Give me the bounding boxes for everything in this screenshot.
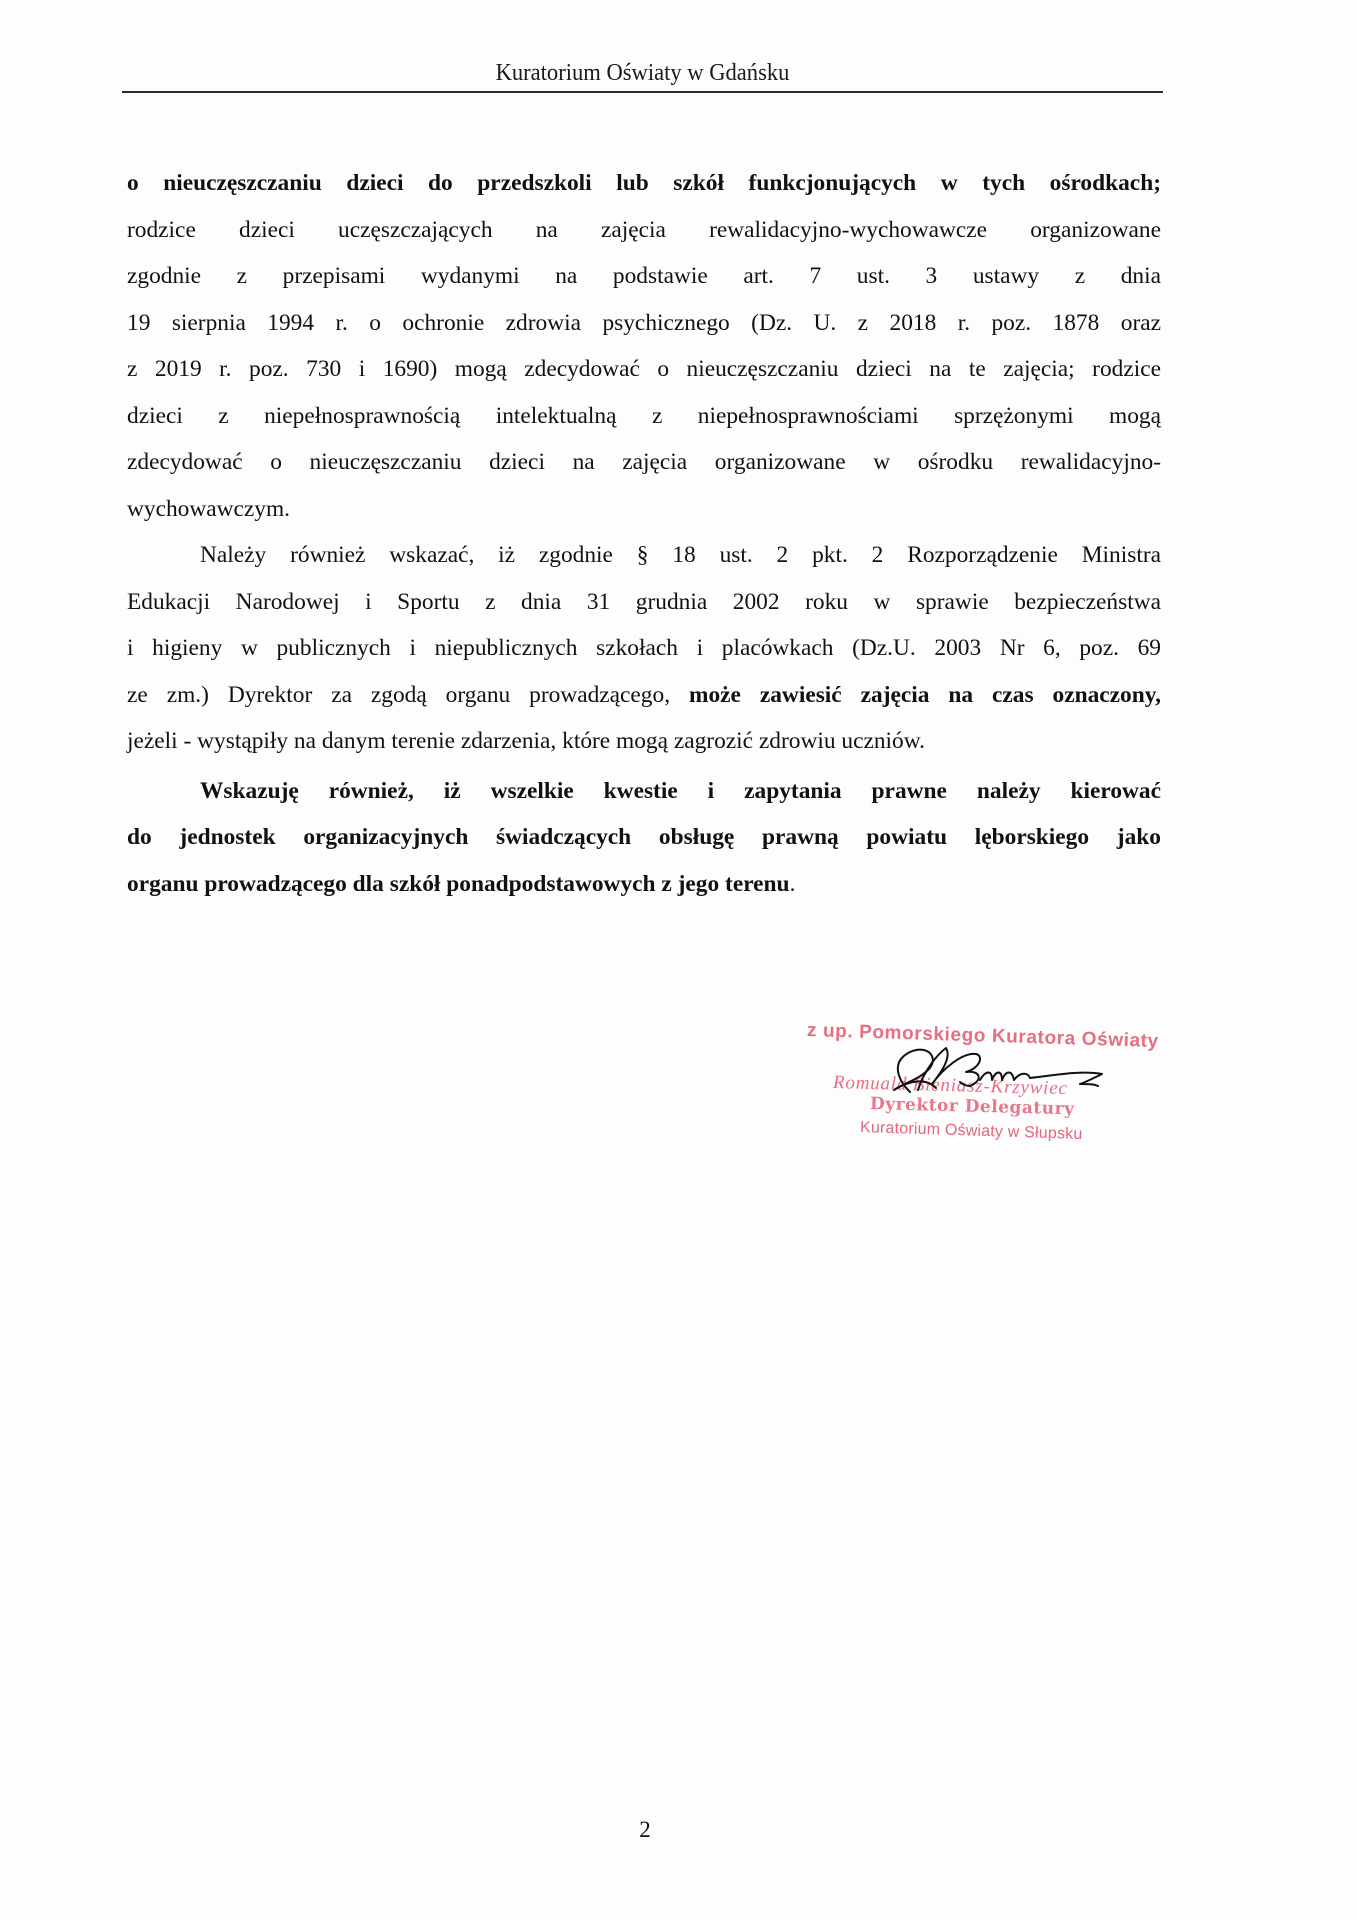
- text-line: o nieuczęszczaniu dzieci do przedszkoli …: [127, 160, 1161, 207]
- header-divider: [122, 91, 1163, 93]
- text-run: i higieny w publicznych i niepublicznych…: [127, 635, 1161, 661]
- text-line: do jednostek organizacyjnych świadczącyc…: [127, 814, 1161, 861]
- text-line: ze zm.) Dyrektor za zgodą organu prowadz…: [127, 672, 1161, 719]
- letter-body: o nieuczęszczaniu dzieci do przedszkoli …: [127, 160, 1161, 907]
- text-run: 19 sierpnia 1994 r. o ochronie zdrowia p…: [127, 310, 1161, 336]
- text-line: Wskazuję również, iż wszelkie kwestie i …: [127, 768, 1161, 815]
- bold-text-run: o nieuczęszczaniu dzieci do przedszkoli …: [127, 170, 1161, 196]
- handwritten-signature-icon: [880, 1040, 1110, 1100]
- text-line: Należy również wskazać, iż zgodnie § 18 …: [127, 532, 1161, 579]
- bold-text-run: może zawiesić zajęcia na czas oznaczony,: [689, 682, 1161, 708]
- letterhead-title: Kuratorium Oświaty w Gdańsku: [153, 58, 1132, 88]
- text-line: Edukacji Narodowej i Sportu z dnia 31 gr…: [127, 579, 1161, 626]
- bold-text-run: organu prowadzącego dla szkół ponadpodst…: [127, 871, 790, 897]
- text-run: wychowawczym.: [127, 496, 290, 522]
- text-run: Edukacji Narodowej i Sportu z dnia 31 gr…: [127, 589, 1161, 615]
- page-number: 2: [0, 1817, 1290, 1843]
- document-page: Kuratorium Oświaty w Gdańsku o nieuczęsz…: [0, 0, 1357, 1920]
- text-run: zdecydować o nieuczęszczaniu dzieci na z…: [127, 449, 1161, 475]
- text-line: wychowawczym.: [127, 486, 1161, 533]
- text-line: zdecydować o nieuczęszczaniu dzieci na z…: [127, 439, 1161, 486]
- text-line: organu prowadzącego dla szkół ponadpodst…: [127, 861, 1161, 908]
- text-run: ze zm.) Dyrektor za zgodą organu prowadz…: [127, 682, 689, 708]
- text-run: jeżeli - wystąpiły na danym terenie zdar…: [127, 728, 925, 754]
- paragraph: Należy również wskazać, iż zgodnie § 18 …: [127, 532, 1161, 765]
- text-run: z 2019 r. poz. 730 i 1690) mogą zdecydow…: [127, 356, 1161, 382]
- text-line: zgodnie z przepisami wydanymi na podstaw…: [127, 253, 1161, 300]
- stamp-institution: Kuratorium Oświaty w Słupsku: [860, 1119, 1083, 1144]
- bold-text-run: do jednostek organizacyjnych świadczącyc…: [127, 824, 1161, 850]
- paragraph: Wskazuję również, iż wszelkie kwestie i …: [127, 768, 1161, 908]
- text-run: .: [790, 871, 796, 897]
- text-run: zgodnie z przepisami wydanymi na podstaw…: [127, 263, 1161, 289]
- text-line: i higieny w publicznych i niepublicznych…: [127, 625, 1161, 672]
- text-run: dzieci z niepełnosprawnością intelektual…: [127, 403, 1161, 429]
- text-line: z 2019 r. poz. 730 i 1690) mogą zdecydow…: [127, 346, 1161, 393]
- text-run: rodzice dzieci uczęszczających na zajęci…: [127, 217, 1161, 243]
- text-line: jeżeli - wystąpiły na danym terenie zdar…: [127, 718, 1161, 765]
- text-line: rodzice dzieci uczęszczających na zajęci…: [127, 207, 1161, 254]
- text-line: 19 sierpnia 1994 r. o ochronie zdrowia p…: [127, 300, 1161, 347]
- text-line: dzieci z niepełnosprawnością intelektual…: [127, 393, 1161, 440]
- bold-text-run: Wskazuję również, iż wszelkie kwestie i …: [200, 778, 1161, 804]
- text-run: Należy również wskazać, iż zgodnie § 18 …: [200, 542, 1161, 568]
- paragraph: o nieuczęszczaniu dzieci do przedszkoli …: [127, 160, 1161, 532]
